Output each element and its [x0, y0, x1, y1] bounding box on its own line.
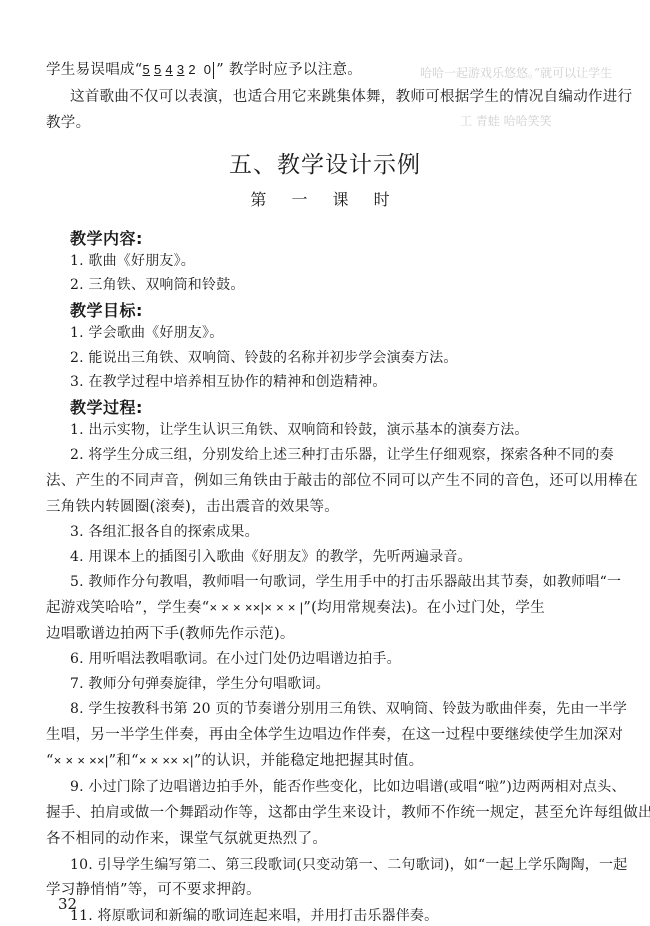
heading-goals: 教学目标:	[70, 298, 143, 321]
jianpu-notation: 5 5 4 3 2 0	[143, 62, 217, 77]
process-line: 3. 各组汇报各自的探索成果。	[70, 522, 259, 542]
note: 4	[165, 62, 173, 77]
rhythm-line: “× × × ××|”和“× × ×× ×|”的认识，并能稳定地把握其时值。	[46, 751, 423, 771]
content-item: 2. 三角铁、双响筒和铃鼓。	[70, 275, 245, 295]
lesson-title: 第 一 课 时	[0, 187, 650, 210]
note: 3	[177, 62, 185, 77]
process-line: 11. 将原歌词和新编的歌词连起来唱，并用打击乐器伴奏。	[70, 906, 438, 926]
process-line: 9. 小过门除了边唱谱边拍手外，能否作些变化，比如边唱谱(或唱“啦”)边两两相对…	[70, 777, 626, 797]
process-line: 6. 用听唱法教唱歌词。在小过门处仍边唱谱边拍手。	[70, 649, 401, 669]
rhythm-line: 起游戏笑哈哈”，学生奏“× × × ××|× × × |”(均用常规奏法)。在小…	[46, 598, 545, 618]
note: 0	[204, 62, 212, 77]
process-line: 生唱，另一半学生伴奏，再由全体学生边唱边作伴奏，在这一过程中要继续使学生加深对	[46, 725, 623, 745]
heading-content: 教学内容:	[70, 226, 143, 249]
rhythm-notation: × × × ××|	[54, 753, 109, 768]
note: 5	[154, 62, 162, 77]
page-number: 32	[58, 895, 77, 913]
goal-item: 3. 在教学过程中培养相互协作的精神和创造精神。	[70, 372, 387, 392]
paragraph-line: 教学。	[46, 113, 90, 133]
rhythm-notation: × × × ××|× × × |	[209, 600, 303, 615]
heading-process: 教学过程:	[70, 395, 143, 418]
process-line: 握手、拍肩或做一个舞蹈动作等，这都由学生来设计，教师不作统一规定，甚至允许每组做…	[46, 803, 650, 823]
document-page: 哈哈一起游戏乐悠悠。”就可以让学生 工 青蛙 哈哈笑笑 学生易误唱成“5 5 4…	[0, 0, 650, 926]
rhythm-notation: × × ×× ×|	[139, 753, 194, 768]
content-item: 1. 歌曲《好朋友》。	[70, 251, 195, 271]
goal-item: 2. 能说出三角铁、双响筒、铃鼓的名称并初步学会演奏方法。	[70, 348, 458, 368]
section-title: 五、教学设计示例	[0, 146, 650, 179]
rhythm-prefix: 起游戏笑哈哈”，学生奏“	[46, 600, 209, 616]
rhythm-suffix: ”的认识，并能稳定地把握其时值。	[194, 753, 424, 769]
bleed-through-text: 哈哈一起游戏乐悠悠。”就可以让学生	[420, 64, 612, 81]
rhythm-middle: ”和“	[109, 753, 139, 769]
process-line: 各不相同的动作来，课堂气氛就更热烈了。	[46, 829, 327, 849]
bar-line	[213, 62, 214, 79]
intro-suffix: ” 教学时应予以注意。	[216, 62, 362, 78]
process-line: 4. 用课本上的插图引入歌曲《好朋友》的教学，先听两遍录音。	[70, 547, 472, 567]
bleed-through-text: 工 青蛙 哈哈笑笑	[460, 112, 552, 129]
process-line: 10. 引导学生编写第二、第三段歌词(只变动第一、二句歌词)，如“一起上学乐陶陶…	[70, 855, 627, 875]
rhythm-suffix: ”(均用常规奏法)。在小过门处，学生	[303, 600, 545, 616]
process-line: 法、产生的不同声音，例如三角铁由于敲击的部位不同可以产生不同的音色，还可以用棒在	[46, 471, 638, 491]
process-line: 5. 教师作分句教唱，教师唱一句歌词，学生用手中的打击乐器敲出其节奏，如教师唱“…	[70, 572, 621, 592]
process-line: 1. 出示实物，让学生认识三角铁、双响筒和铃鼓，演示基本的演奏方法。	[70, 420, 529, 440]
process-line: 学习静悄悄”等，可不要求押韵。	[46, 880, 261, 900]
paragraph-line: 这首歌曲不仅可以表演，也适合用它来跳集体舞，教师可根据学生的情况自编动作进行	[70, 87, 632, 107]
intro-line-notation: 学生易误唱成“5 5 4 3 2 0” 教学时应予以注意。	[46, 60, 362, 80]
process-line: 8. 学生按教科书第 20 页的节奏谱分别用三角铁、双响筒、铃鼓为歌曲伴奏，先由…	[70, 699, 627, 719]
rhythm-prefix: “	[46, 753, 54, 769]
process-line: 三角铁内转圆圈(滚奏)，击出震音的效果等。	[46, 497, 339, 517]
process-line: 边唱歌谱边拍两下手(教师先作示范)。	[46, 624, 295, 644]
goal-item: 1. 学会歌曲《好朋友》。	[70, 323, 223, 343]
process-line: 2. 将学生分成三组，分别发给上述三种打击乐器，让学生仔细观察，探索各种不同的奏	[70, 445, 614, 465]
process-line: 7. 教师分句弹奏旋律，学生分句唱歌词。	[70, 674, 330, 694]
intro-prefix: 学生易误唱成“	[46, 62, 143, 78]
note: 5	[143, 62, 151, 77]
note: 2	[188, 62, 196, 77]
